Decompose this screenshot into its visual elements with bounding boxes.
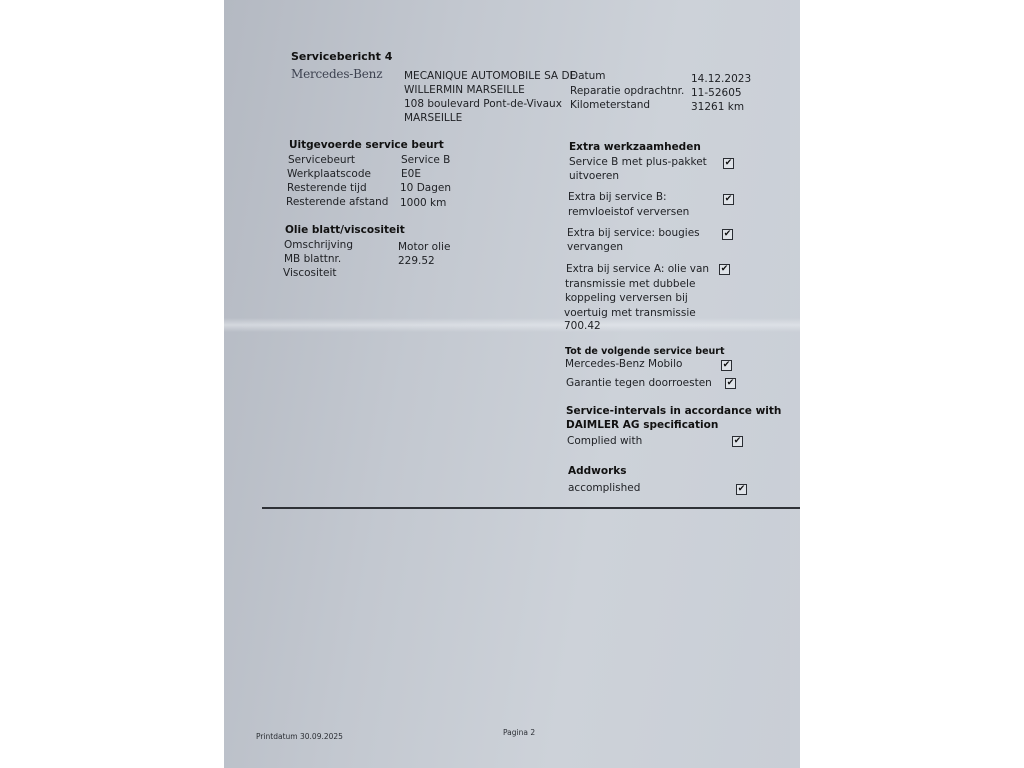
extra-item-text: Extra bij service: bougies [567,226,700,240]
next-service-heading: Tot de volgende service beurt [565,346,725,357]
addworks-heading: Addworks [568,465,626,477]
oil-heading: Olie blatt/viscositeit [285,224,405,236]
meta-label-order: Reparatie opdrachtnr. [570,84,684,98]
dealer-line: WILLERMIN MARSEILLE [404,83,525,97]
document-page: Servicebericht 4 Mercedes-Benz MECANIQUE… [224,0,800,768]
intervals-heading: DAIMLER AG specification [566,419,718,431]
intervals-heading: Service-intervals in accordance with [566,405,781,417]
dealer-line: 108 boulevard Pont-de-Vivaux [404,97,562,111]
extra-item-text: Extra bij service B: [568,190,667,204]
service-heading: Uitgevoerde service beurt [289,139,444,151]
extra-item-text: Extra bij service A: olie van [566,262,709,276]
meta-label-km: Kilometerstand [570,98,650,112]
intervals-label: Complied with [567,434,642,448]
extra-item-text: vervangen [567,240,623,254]
dealer-line: MARSEILLE [404,111,462,125]
extra-item-text: remvloeistof verversen [568,205,689,219]
dealer-line: MECANIQUE AUTOMOBILE SA DE [404,69,576,83]
checkbox-mobilo[interactable]: ✔ [721,360,732,371]
extra-item-text: voertuig met transmissie [564,306,696,320]
service-value: Service B [401,153,450,167]
paper-fold [224,318,800,332]
next-service-item: Mercedes-Benz Mobilo [565,357,682,371]
oil-label: Viscositeit [283,266,337,280]
extra-item-text: koppeling verversen bij [565,291,688,305]
report-title: Servicebericht 4 [291,50,392,63]
checkbox-remvloeistof[interactable]: ✔ [723,194,734,205]
oil-value: Motor olie [398,240,450,254]
checkbox-plus-pakket[interactable]: ✔ [723,158,734,169]
checkbox-accomplished[interactable]: ✔ [736,484,747,495]
service-label: Resterende tijd [287,181,367,195]
extra-item-text: transmissie met dubbele [565,277,695,291]
oil-label: MB blattnr. [284,252,341,266]
service-label: Werkplaatscode [287,167,371,181]
meta-label-date: Datum [570,69,606,83]
service-value: E0E [401,167,421,181]
service-value: 10 Dagen [400,181,451,195]
checkbox-complied[interactable]: ✔ [732,436,743,447]
divider-line [262,507,800,509]
meta-value-km: 31261 km [691,100,744,114]
oil-label: Omschrijving [284,238,353,252]
meta-value-date: 14.12.2023 [691,72,751,86]
extra-heading: Extra werkzaamheden [569,141,701,153]
brand-logo-text: Mercedes-Benz [291,67,382,81]
extra-item-text: 700.42 [564,319,601,333]
extra-item-text: Service B met plus-pakket [569,155,707,169]
meta-value-order: 11-52605 [691,86,742,100]
checkbox-transmissie[interactable]: ✔ [719,264,730,275]
extra-item-text: uitvoeren [569,169,619,183]
service-label: Resterende afstand [286,195,388,209]
checkbox-bougies[interactable]: ✔ [722,229,733,240]
page-number: Pagina 2 [503,728,535,737]
print-date: Printdatum 30.09.2025 [256,732,343,741]
next-service-item: Garantie tegen doorroesten [566,376,712,390]
service-label: Servicebeurt [288,153,355,167]
checkbox-doorroesten[interactable]: ✔ [725,378,736,389]
addworks-label: accomplished [568,481,640,495]
service-value: 1000 km [400,196,446,210]
oil-value: 229.52 [398,254,435,268]
